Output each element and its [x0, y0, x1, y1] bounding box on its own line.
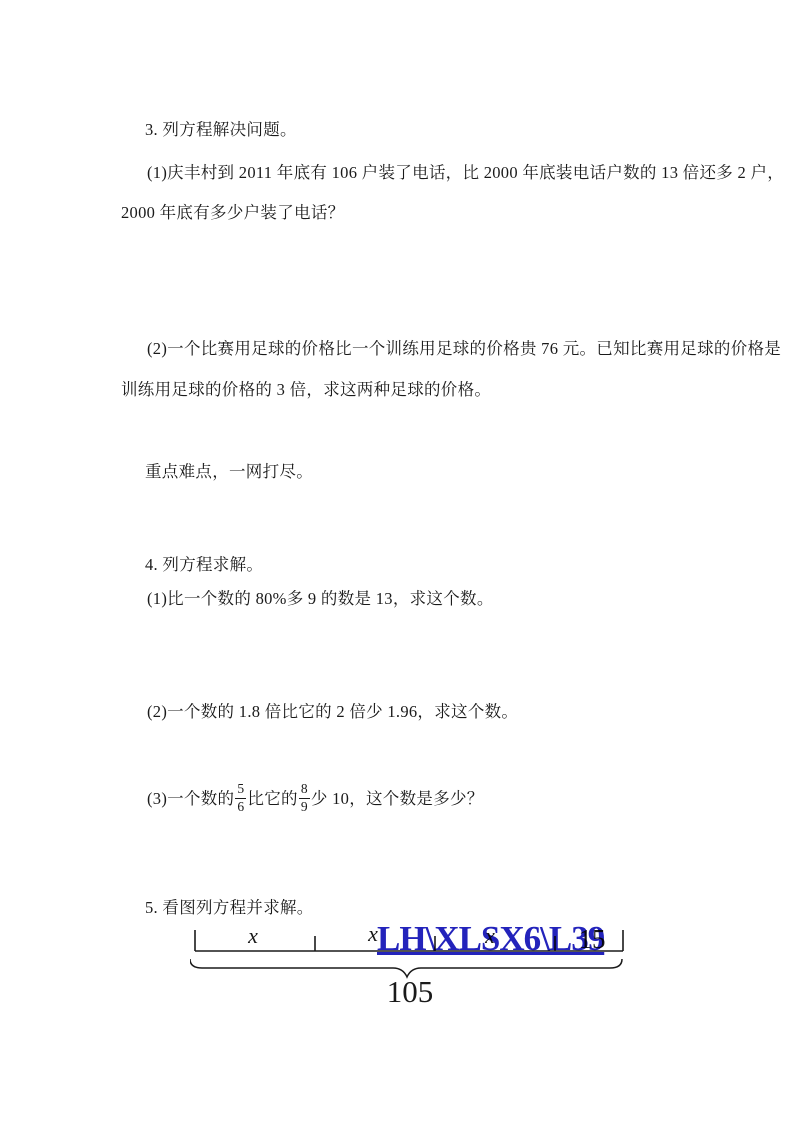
section-interlude-text: 重点难点，一网打尽。 [145, 461, 313, 482]
question-4-part-3-prefix: (3)一个数的 [147, 788, 234, 809]
fraction-numerator: 8 [299, 782, 310, 798]
fraction-denominator: 9 [301, 799, 308, 814]
blue-watermark-text: LH\XLSX6\L39 [377, 919, 604, 959]
question-3-part-1-line-2: 2000 年底有多少户装了电话？ [121, 202, 344, 223]
question-4-part-1: (1)比一个数的 80%多 9 的数是 13，求这个数。 [147, 588, 494, 609]
question-3-part-2-line-2: 训练用足球的价格的 3 倍，求这两种足球的价格。 [121, 379, 491, 400]
fraction-eight-ninths: 8 9 [299, 782, 310, 813]
fraction-five-sixths: 5 6 [235, 782, 246, 813]
segment-label-x-1: x [247, 923, 258, 948]
question-4-part-2: (2)一个数的 1.8 倍比它的 2 倍少 1.96，求这个数。 [147, 701, 518, 722]
worksheet-page: 3. 列方程解决问题。 (1)庆丰村到 2011 年底有 106 户装了电话，比… [0, 0, 793, 1122]
question-4-part-3-mid: 比它的 [247, 788, 297, 809]
total-label: 105 [387, 974, 434, 1009]
fraction-denominator: 6 [237, 799, 244, 814]
question-4-part-3-suffix: 少 10，这个数是多少？ [311, 788, 484, 809]
question-4-part-3: (3)一个数的 5 6 比它的 8 9 少 10，这个数是多少？ [147, 775, 484, 821]
question-3-part-1-line-1: (1)庆丰村到 2011 年底有 106 户装了电话，比 2000 年底装电话户… [147, 162, 784, 183]
fraction-numerator: 5 [235, 782, 246, 798]
question-3-part-2-line-1: (2)一个比赛用足球的价格比一个训练用足球的价格贵 76 元。已知比赛用足球的价… [147, 338, 781, 359]
question-3-heading: 3. 列方程解决问题。 [145, 119, 297, 140]
question-4-heading: 4. 列方程求解。 [145, 554, 263, 575]
